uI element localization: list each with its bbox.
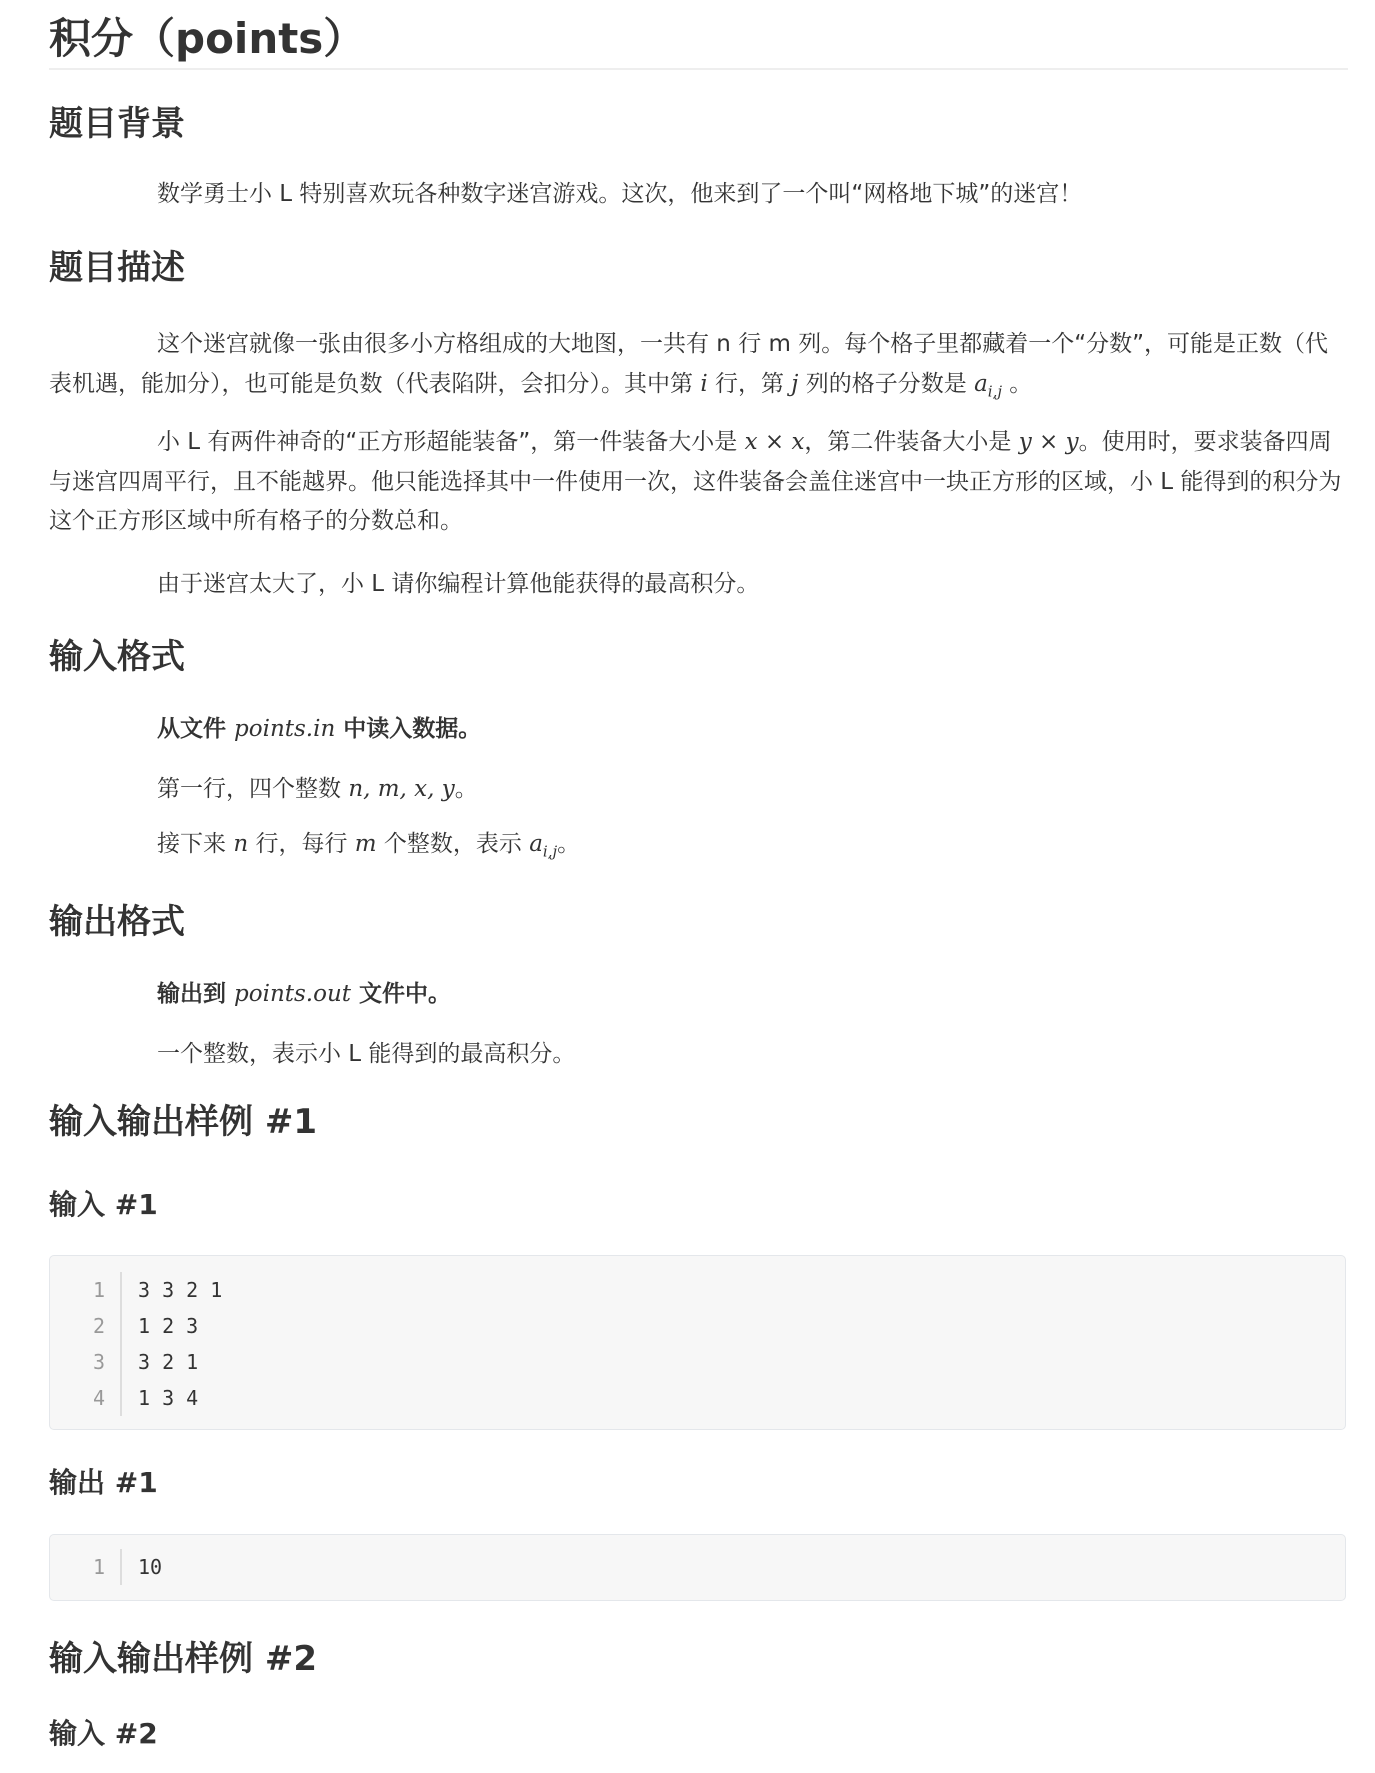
gutter-divider (120, 1308, 122, 1344)
var-a-ij: ai,j (529, 831, 557, 857)
heading-description: 题目描述 (49, 246, 185, 290)
gutter-divider (120, 1272, 122, 1308)
sample-1-output-label: 输出 #1 (49, 1465, 158, 1501)
sample-1-input-code[interactable]: 13 3 2 1 21 2 3 33 2 1 41 3 4 (49, 1255, 1346, 1430)
sample-1-input-label: 输入 #1 (49, 1187, 158, 1223)
code-line: 21 2 3 (50, 1308, 1345, 1344)
input-format-line-1: 从文件 points.in 中读入数据。 (157, 710, 1347, 750)
var-i: i (700, 371, 707, 397)
input-format-line-2: 第一行，四个整数 n, m, x, y。 (157, 770, 1347, 810)
output-format-line-1: 输出到 points.out 文件中。 (157, 975, 1347, 1015)
heading-output-format: 输出格式 (49, 900, 185, 944)
input-format-line-3: 接下来 n 行，每行 m 个整数，表示 ai,j。 (157, 825, 1347, 872)
sample-2-input-label: 输入 #2 (49, 1716, 158, 1752)
gutter-divider (120, 1344, 122, 1380)
code-line: 110 (50, 1549, 1345, 1585)
heading-input-format: 输入格式 (49, 635, 185, 679)
code-line: 41 3 4 (50, 1380, 1345, 1416)
heading-sample-2: 输入输出样例 #2 (49, 1637, 317, 1681)
line-number: 3 (50, 1344, 105, 1380)
title-divider (49, 68, 1348, 70)
math-x-by-x: x × x (745, 429, 805, 455)
description-paragraph-3: 由于迷宫太大了，小 L 请你编程计算他能获得的最高积分。 (49, 565, 1348, 605)
output-format-line-2: 一个整数，表示小 L 能得到的最高积分。 (157, 1035, 1347, 1075)
output-file-name: points.out (234, 981, 351, 1007)
description-paragraph-2: 小 L 有两件神奇的“正方形超能装备”，第一件装备大小是 x × x，第二件装备… (49, 423, 1348, 542)
gutter-divider (120, 1549, 122, 1585)
var-a-ij: ai,j (974, 371, 1002, 397)
math-y-by-y: y × y (1019, 429, 1079, 455)
code-line: 33 2 1 (50, 1344, 1345, 1380)
line-number: 1 (50, 1272, 105, 1308)
background-paragraph: 数学勇士小 L 特别喜欢玩各种数字迷宫游戏。这次，他来到了一个叫“网格地下城”的… (49, 175, 1348, 215)
sample-1-output-code[interactable]: 110 (49, 1534, 1346, 1601)
vars-nmxy: n, m, x, y (348, 776, 454, 802)
line-number: 2 (50, 1308, 105, 1344)
line-number: 1 (50, 1549, 105, 1585)
heading-sample-1: 输入输出样例 #1 (49, 1100, 317, 1144)
heading-background: 题目背景 (49, 102, 185, 146)
line-number: 4 (50, 1380, 105, 1416)
description-paragraph-1: 这个迷宫就像一张由很多小方格组成的大地图，一共有 n 行 m 列。每个格子里都藏… (49, 325, 1348, 412)
input-file-name: points.in (234, 716, 335, 742)
code-line: 13 3 2 1 (50, 1272, 1345, 1308)
page-title: 积分（points） (49, 14, 365, 64)
gutter-divider (120, 1380, 122, 1416)
